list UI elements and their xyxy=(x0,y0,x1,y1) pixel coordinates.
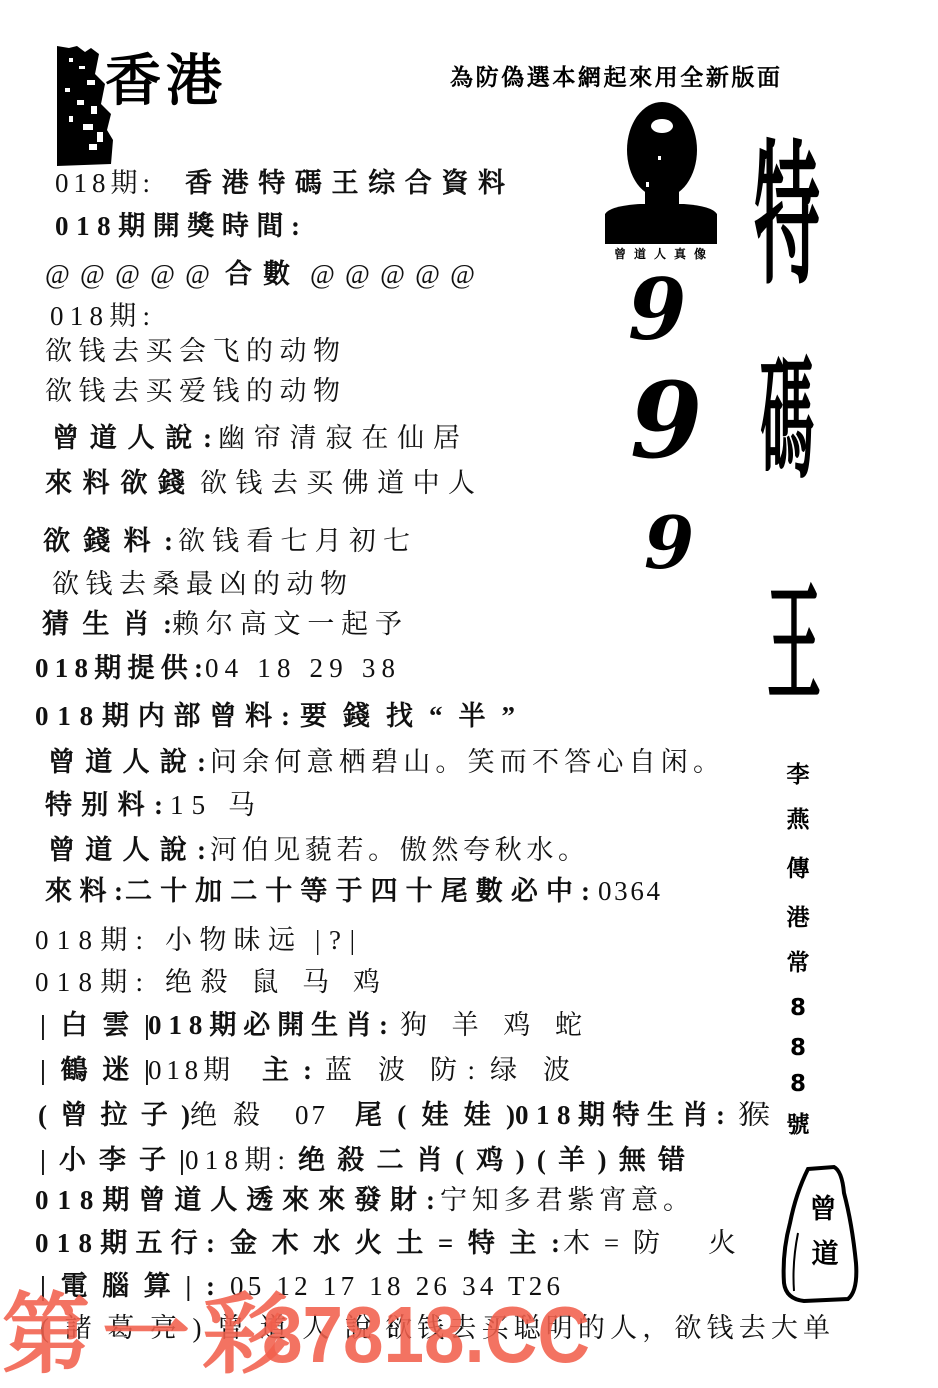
line-label: 曾道人說: xyxy=(52,423,223,453)
header-notice: 為防偽選本網起來用全新版面 xyxy=(450,64,783,92)
seal-char: 曾 xyxy=(803,1195,843,1225)
line-value: 绝殺二肖(鸡)(羊)無错 xyxy=(298,1145,697,1175)
line-value: 狗 羊 鸡 蛇 xyxy=(400,1010,591,1040)
vertical-text-char: 傳 xyxy=(783,856,813,882)
vertical-text-char: 李 xyxy=(783,762,813,788)
line-label: 主: xyxy=(262,1055,326,1085)
line-label: 防: xyxy=(430,1055,485,1085)
line-issue-label: 018期: xyxy=(35,967,151,997)
line-label: 绝殺 xyxy=(190,1100,276,1130)
lottery-info-sheet: 香港 為防偽選本網起來用全新版面 曾道人真像 9 9 9 特 碼 王 李 燕 傳… xyxy=(0,0,938,1388)
line-source-label: |鶴迷| xyxy=(40,1055,165,1085)
vertical-text-char: 常 xyxy=(783,950,813,976)
line-value: 要錢找“半” xyxy=(300,701,531,731)
line-label: 曾道人說: xyxy=(48,747,216,777)
watermark-domain: 87818.CC xyxy=(262,1295,590,1375)
line-at-row-left: @@@@@ xyxy=(45,259,220,289)
line-value: 小物昧远 xyxy=(165,925,302,955)
vertical-text-char: 8 xyxy=(783,1071,813,1097)
line-value: 二十加二十等于四十尾數必中: xyxy=(125,876,598,906)
line-riddle: 欲钱去买会飞的动物 xyxy=(45,336,347,366)
line-value: 绝殺 鼠 马 鸡 xyxy=(165,967,389,997)
line-value: 问余何意栖碧山。笑而不答心自闲。 xyxy=(210,747,725,777)
line-issue-label: 018期: xyxy=(55,168,155,198)
watermark-site-name: 第一彩 xyxy=(2,1290,302,1380)
line-label: 欲錢料: xyxy=(43,526,186,556)
line-label: 018期必開生肖: xyxy=(148,1010,395,1040)
line-label: 來料欲錢 xyxy=(45,468,196,498)
nine-glyph-1: 9 xyxy=(628,268,686,352)
vertical-text-char: 號 xyxy=(783,1112,813,1138)
line-sheet-title: 香港特碼王综合資料 xyxy=(185,168,515,198)
line-value: 河伯见藐若。傲然夸秋水。 xyxy=(210,835,590,865)
line-label: 018期特生肖: xyxy=(515,1100,733,1130)
line-numbers: 04 18 29 38 xyxy=(205,653,401,683)
line-label: 特别料: xyxy=(45,790,172,820)
portrait-image xyxy=(600,98,722,248)
line-value: 宁知多君紫宵意。 xyxy=(440,1185,695,1215)
line-source-label: (曾拉子) xyxy=(38,1100,203,1130)
line-label: 018期提供: xyxy=(35,653,209,683)
line-value: 15 马 xyxy=(170,790,263,820)
vertical-text-char: 8 xyxy=(783,995,813,1021)
line-label: 猜生肖: xyxy=(42,609,185,639)
title-char-ma: 碼 xyxy=(759,353,815,490)
line-issue-label: 018期: xyxy=(35,925,151,955)
line-value: 绿波 xyxy=(490,1055,596,1085)
nine-glyph-3: 9 xyxy=(644,507,694,579)
line-label: 018期内部曾料: xyxy=(35,701,299,731)
title-char-wang: 王 xyxy=(766,582,822,710)
line-source-label: |小李子| xyxy=(40,1145,198,1175)
line-value: 欲钱去买佛道中人 xyxy=(200,468,483,498)
seal-stamp-icon xyxy=(778,1163,862,1307)
line-draw-time: 018期開獎時間: xyxy=(55,211,308,241)
line-issue-label: 018期: xyxy=(50,301,156,331)
line-label: 來料: xyxy=(45,876,131,906)
line-value: 欲钱看七月初七 xyxy=(178,526,417,556)
line-value: 金木水火土=特主: xyxy=(230,1228,575,1258)
vertical-text-char: 8 xyxy=(783,1035,813,1061)
line-at-row-right: @@@@@ xyxy=(310,259,485,289)
line-riddle: 欲钱去桑最凶的动物 xyxy=(52,569,354,599)
line-issue-label: 018期 xyxy=(148,1055,235,1085)
logo-title: 香港 xyxy=(105,52,227,112)
line-numbers: 07 xyxy=(295,1100,328,1130)
line-issue-label: 018期: xyxy=(185,1145,291,1175)
nine-glyph-2: 9 xyxy=(630,369,702,473)
line-value: 木=防 xyxy=(563,1228,674,1258)
line-label: 018期曾道人透來來發財: xyxy=(35,1185,444,1215)
vertical-text-char: 港 xyxy=(783,905,813,931)
line-sum-label: 合數 xyxy=(225,259,301,289)
line-value: |?| xyxy=(315,925,364,955)
line-value: 火 xyxy=(708,1228,736,1258)
title-char-te: 特 xyxy=(753,138,821,297)
line-source-label: |白雲| xyxy=(40,1010,165,1040)
line-riddle: 欲钱去买爱钱的动物 xyxy=(45,376,347,406)
seal-char: 道 xyxy=(805,1240,845,1270)
line-value: 尾(娃娃) xyxy=(355,1100,530,1130)
vertical-text-char: 燕 xyxy=(783,807,813,833)
line-label: 曾道人說: xyxy=(48,835,216,865)
line-numbers: 0364 xyxy=(598,876,663,906)
line-value: 蓝波 xyxy=(325,1055,431,1085)
line-label: 018期五行: xyxy=(35,1228,223,1258)
line-value: 幽帘清寂在仙居 xyxy=(218,423,469,453)
line-value: 赖尔高文一起予 xyxy=(172,609,409,639)
line-value: 猴 xyxy=(738,1100,770,1130)
